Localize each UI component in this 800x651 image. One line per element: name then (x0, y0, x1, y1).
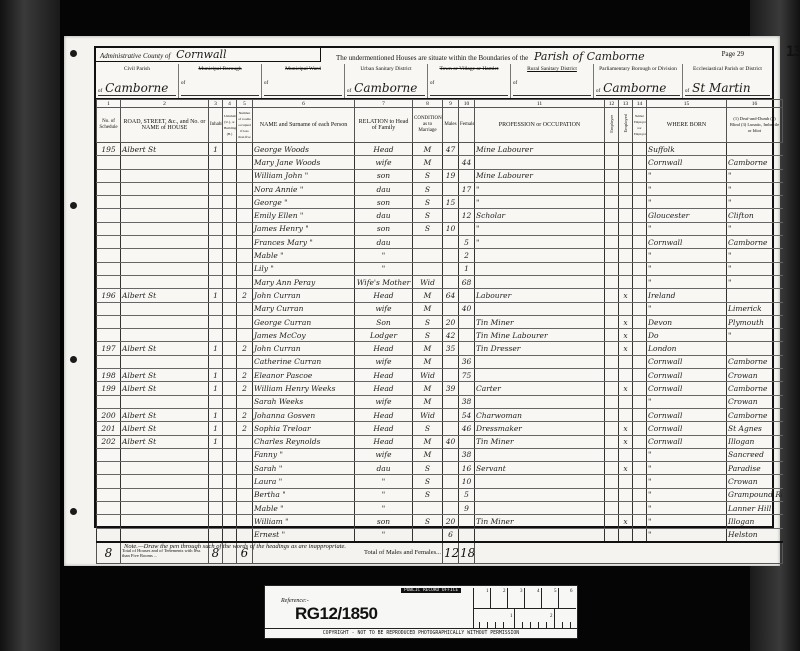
page-number: Page 29 (722, 50, 744, 58)
birth-county: " (647, 169, 727, 182)
occupation: " (475, 236, 605, 249)
occupation (475, 475, 605, 488)
relation: son (355, 222, 413, 235)
male-age (443, 249, 459, 262)
area-label: Ecclesiastical Parish or District (683, 66, 772, 72)
condition: Wid (413, 369, 443, 382)
reference-value: RG12/1850 (295, 604, 377, 624)
area-label: Urban Sanitary District (345, 66, 427, 72)
neither-mark (633, 435, 647, 448)
occupation: Tin Miner (475, 515, 605, 528)
relation: wife (355, 448, 413, 461)
punch-hole (70, 356, 77, 363)
census-row: Bertha ""S5"Grampound Road (97, 488, 783, 501)
area-civil-parish: Civil Parish ofCamborne (96, 64, 179, 98)
inhabited: 1 (209, 289, 223, 302)
admin-county: Administrative County of Cornwall (96, 48, 321, 62)
neither-mark (633, 355, 647, 368)
condition: Wid (413, 275, 443, 288)
male-age (443, 369, 459, 382)
boundary-label: The undermentioned Houses are situate wi… (336, 54, 528, 62)
relation: " (355, 475, 413, 488)
employed-mark: x (619, 462, 633, 475)
female-age (459, 315, 475, 328)
uninhabited (223, 422, 237, 435)
road-name: Albert St (121, 369, 209, 382)
employer-mark (605, 275, 619, 288)
employer-mark (605, 422, 619, 435)
birth-place (727, 342, 783, 355)
reference-card: PUBLIC RECORD OFFICE Reference:- RG12/18… (264, 585, 578, 639)
male-age (443, 182, 459, 195)
employed-mark: x (619, 382, 633, 395)
census-row: 198Albert St12Eleanor PascoeHeadWid75Cor… (97, 369, 783, 382)
rooms: 2 (237, 342, 253, 355)
employed-mark (619, 302, 633, 315)
uninhabited (223, 369, 237, 382)
birth-place: Camborne (727, 408, 783, 421)
neither-mark (633, 222, 647, 235)
ruler-number: 1 (510, 614, 513, 619)
ruler-tick (514, 608, 515, 628)
occupation: Servant (475, 462, 605, 475)
employed-mark (619, 169, 633, 182)
occupation: Scholar (475, 209, 605, 222)
neither-mark (633, 302, 647, 315)
employer-mark (605, 262, 619, 275)
area-parliamentary: Parliamentary Borough or Division ofCamb… (594, 64, 683, 98)
inhabited: 1 (209, 382, 223, 395)
road-name (121, 475, 209, 488)
area-value: of (513, 81, 591, 96)
employed-mark (619, 262, 633, 275)
condition: M (413, 382, 443, 395)
heading-relation: RELATION to Head of Family (355, 108, 413, 143)
condition: S (413, 488, 443, 501)
relation: dau (355, 462, 413, 475)
employer-mark (605, 156, 619, 169)
birth-county: Cornwall (647, 355, 727, 368)
schedule-number (97, 236, 121, 249)
neither-mark (633, 369, 647, 382)
female-age: 36 (459, 355, 475, 368)
census-row: 201Albert St12Sophia TreloarHeadS46Dress… (97, 422, 783, 435)
male-age (443, 475, 459, 488)
uninhabited (223, 435, 237, 448)
ruler-midline (474, 608, 576, 609)
rooms (237, 475, 253, 488)
area-value: ofCamborne (596, 81, 680, 96)
inhabited (209, 395, 223, 408)
relation: dau (355, 236, 413, 249)
census-row: Laura ""S10"Crowan (97, 475, 783, 488)
uninhabited (223, 222, 237, 235)
ruler-number: 1 (486, 589, 489, 594)
census-row: 197Albert St12John CurranHeadM35Tin Dres… (97, 342, 783, 355)
neither-mark (633, 462, 647, 475)
census-row: Nora Annie "dauS17""" (97, 182, 783, 195)
male-age (443, 236, 459, 249)
ruler-number: 5 (554, 589, 557, 594)
area-value: of (181, 81, 259, 96)
female-age (459, 342, 475, 355)
condition: M (413, 289, 443, 302)
neither-mark (633, 156, 647, 169)
male-age: 39 (443, 382, 459, 395)
relation: Head (355, 382, 413, 395)
occupation: Labourer (475, 289, 605, 302)
birth-place: Crowan (727, 395, 783, 408)
male-age: 42 (443, 329, 459, 342)
condition (413, 249, 443, 262)
schedule-number: 198 (97, 369, 121, 382)
census-row: Sarah "dauS16Servantx"Paradise (97, 462, 783, 475)
of-prefix: of (596, 89, 600, 94)
occupation (475, 302, 605, 315)
schedule-number: 196 (97, 289, 121, 302)
female-age: 44 (459, 156, 475, 169)
employer-mark (605, 355, 619, 368)
col-num: 3 (209, 100, 223, 108)
area-value-text: Camborne (105, 81, 168, 95)
census-row: Catherine CurranwifeM36CornwallCamborne (97, 355, 783, 368)
employer-mark (605, 315, 619, 328)
condition: S (413, 169, 443, 182)
form-note: Note.—Draw the pen through such of the w… (124, 543, 346, 550)
occupation (475, 262, 605, 275)
heading-males: Males (443, 108, 459, 143)
schedule-number (97, 315, 121, 328)
uninhabited (223, 196, 237, 209)
road-name: Albert St (121, 422, 209, 435)
neither-mark (633, 422, 647, 435)
employer-mark (605, 196, 619, 209)
birth-county: " (647, 222, 727, 235)
employer-mark (605, 329, 619, 342)
employed-mark (619, 408, 633, 421)
person-name: Johanna Gosven (253, 408, 355, 421)
person-name: Nora Annie " (253, 182, 355, 195)
employer-mark (605, 435, 619, 448)
relation: wife (355, 302, 413, 315)
male-age: 10 (443, 222, 459, 235)
uninhabited (223, 236, 237, 249)
road-name (121, 502, 209, 515)
birth-county: " (647, 395, 727, 408)
rooms (237, 262, 253, 275)
birth-place: " (727, 169, 783, 182)
road-name (121, 249, 209, 262)
inhabited (209, 275, 223, 288)
relation: Head (355, 369, 413, 382)
rooms (237, 275, 253, 288)
female-age (459, 196, 475, 209)
neither-mark (633, 382, 647, 395)
census-row: Emily Ellen "dauS12ScholarGloucesterClif… (97, 209, 783, 222)
neither-mark (633, 315, 647, 328)
occupation: Carter (475, 382, 605, 395)
birth-place: Helston (727, 528, 783, 542)
occupation (475, 369, 605, 382)
of-prefix: of (513, 81, 517, 86)
neither-mark (633, 143, 647, 156)
male-age (443, 262, 459, 275)
area-value: ofSt Martin (685, 81, 770, 96)
employed-mark: x (619, 289, 633, 302)
female-age: 2 (459, 249, 475, 262)
male-age: 64 (443, 289, 459, 302)
schedule-number (97, 302, 121, 315)
employed-mark: x (619, 435, 633, 448)
rooms: 2 (237, 422, 253, 435)
female-age: 38 (459, 395, 475, 408)
employed-mark (619, 236, 633, 249)
condition: S (413, 209, 443, 222)
census-row: 200Albert St12Johanna GosvenHeadWid54Cha… (97, 408, 783, 421)
uninhabited (223, 182, 237, 195)
person-name: James Henry " (253, 222, 355, 235)
schedule-number: 195 (97, 143, 121, 156)
road-name (121, 448, 209, 461)
male-age: 40 (443, 435, 459, 448)
inhabited (209, 196, 223, 209)
male-age (443, 502, 459, 515)
person-name: Bertha " (253, 488, 355, 501)
employed-mark (619, 143, 633, 156)
admin-county-label: Administrative County of (100, 52, 170, 60)
neither-mark (633, 528, 647, 542)
occupation: Tin Mine Labourer (475, 329, 605, 342)
uninhabited (223, 169, 237, 182)
rooms (237, 502, 253, 515)
col-num: 1 (97, 100, 121, 108)
road-name (121, 395, 209, 408)
schedule-number: 197 (97, 342, 121, 355)
col-num: 15 (647, 100, 727, 108)
male-age (443, 302, 459, 315)
census-row: 196Albert St12John CurranHeadM64Labourer… (97, 289, 783, 302)
birth-county: " (647, 462, 727, 475)
male-age (443, 209, 459, 222)
schedule-number (97, 156, 121, 169)
occupation: " (475, 196, 605, 209)
heading-employed-text: Employed (623, 114, 629, 133)
male-age (443, 422, 459, 435)
occupation (475, 528, 605, 542)
birth-place: Grampound Road (727, 488, 783, 501)
uninhabited (223, 408, 237, 421)
road-name (121, 302, 209, 315)
birth-county: " (647, 515, 727, 528)
person-name: John Curran (253, 289, 355, 302)
road-name (121, 355, 209, 368)
birth-place: Camborne (727, 236, 783, 249)
rooms (237, 355, 253, 368)
col-num: 12 (605, 100, 619, 108)
area-value: of (264, 81, 342, 96)
census-row: Mable ""9"Lanner Hill (97, 502, 783, 515)
schedule-number (97, 488, 121, 501)
condition: Wid (413, 408, 443, 421)
schedule-number: 199 (97, 382, 121, 395)
relation: wife (355, 395, 413, 408)
birth-county: " (647, 448, 727, 461)
person-name: Lily " (253, 262, 355, 275)
occupation (475, 249, 605, 262)
birth-place (727, 289, 783, 302)
occupation (475, 156, 605, 169)
col-num: 7 (355, 100, 413, 108)
inhabited (209, 209, 223, 222)
person-name: George Curran (253, 315, 355, 328)
schedule-number (97, 196, 121, 209)
male-age: 47 (443, 143, 459, 156)
rooms: 2 (237, 408, 253, 421)
person-name: Fanny " (253, 448, 355, 461)
person-name: Sophia Treloar (253, 422, 355, 435)
male-age: 19 (443, 169, 459, 182)
schedule-number (97, 475, 121, 488)
boundary-statement: The undermentioned Houses are situate wi… (336, 50, 645, 63)
neither-mark (633, 289, 647, 302)
uninhabited (223, 289, 237, 302)
inhabited (209, 355, 223, 368)
person-name: Charles Reynolds (253, 435, 355, 448)
area-municipal-borough: Municipal Borough of (179, 64, 262, 98)
census-row: Mary Ann PerayWife's MotherWid68"" (97, 275, 783, 288)
relation: wife (355, 355, 413, 368)
relation: Head (355, 143, 413, 156)
male-age: 35 (443, 342, 459, 355)
census-row: Mary CurranwifeM40"Limerick (97, 302, 783, 315)
neither-mark (633, 209, 647, 222)
of-prefix: of (430, 81, 434, 86)
person-name: William Henry Weeks (253, 382, 355, 395)
male-age: 20 (443, 515, 459, 528)
uninhabited (223, 329, 237, 342)
birth-place: " (727, 275, 783, 288)
condition: S (413, 475, 443, 488)
condition: S (413, 462, 443, 475)
condition: M (413, 448, 443, 461)
occupation: Tin Miner (475, 435, 605, 448)
ruler-tick (554, 608, 555, 628)
schedule-number (97, 275, 121, 288)
female-age (459, 435, 475, 448)
birth-county: Cornwall (647, 156, 727, 169)
employed-mark (619, 475, 633, 488)
neither-mark (633, 249, 647, 262)
occupation: Tin Miner (475, 315, 605, 328)
female-age: 10 (459, 475, 475, 488)
person-name: George Woods (253, 143, 355, 156)
person-name: William John " (253, 169, 355, 182)
rooms (237, 222, 253, 235)
rooms (237, 462, 253, 475)
inhabited (209, 462, 223, 475)
uninhabited (223, 475, 237, 488)
employed-mark: x (619, 422, 633, 435)
birth-place: Camborne (727, 355, 783, 368)
neither-mark (633, 515, 647, 528)
birth-county: Cornwall (647, 236, 727, 249)
female-age (459, 528, 475, 542)
inhabited: 1 (209, 422, 223, 435)
person-name: Eleanor Pascoe (253, 369, 355, 382)
employed-mark (619, 182, 633, 195)
of-prefix: of (685, 89, 689, 94)
of-prefix: of (264, 81, 268, 86)
road-name (121, 528, 209, 542)
female-age (459, 289, 475, 302)
road-name (121, 169, 209, 182)
birth-county: " (647, 475, 727, 488)
neither-mark (633, 395, 647, 408)
inhabited: 1 (209, 342, 223, 355)
rooms (237, 528, 253, 542)
female-age: 68 (459, 275, 475, 288)
birth-place: Plymouth (727, 315, 783, 328)
uninhabited (223, 515, 237, 528)
female-age: 38 (459, 448, 475, 461)
condition: S (413, 222, 443, 235)
employer-mark (605, 382, 619, 395)
birth-county: Suffolk (647, 143, 727, 156)
area-ecclesiastical: Ecclesiastical Parish or District ofSt M… (683, 64, 772, 98)
person-name: Laura " (253, 475, 355, 488)
male-age (443, 448, 459, 461)
uninhabited (223, 502, 237, 515)
birth-place: " (727, 182, 783, 195)
census-row: 202Albert St1Charles ReynoldsHeadM40Tin … (97, 435, 783, 448)
schedule-number (97, 182, 121, 195)
inhabited (209, 156, 223, 169)
male-age (443, 355, 459, 368)
neither-mark (633, 275, 647, 288)
schedule-number (97, 528, 121, 542)
female-age (459, 515, 475, 528)
uninhabited (223, 315, 237, 328)
census-row: Ernest ""6"Helston (97, 528, 783, 542)
inhabited (209, 302, 223, 315)
road-name (121, 315, 209, 328)
condition (413, 262, 443, 275)
heading-name: NAME and Surname of each Person (253, 108, 355, 143)
neither-mark (633, 488, 647, 501)
inhabited (209, 448, 223, 461)
uninhabited (223, 156, 237, 169)
record-office-stamp: PUBLIC RECORD OFFICE (401, 588, 461, 593)
birth-place: Illogan (727, 435, 783, 448)
employer-mark (605, 249, 619, 262)
ruler-tick (558, 588, 559, 608)
employer-mark (605, 515, 619, 528)
uninhabited (223, 209, 237, 222)
birth-place: Camborne (727, 382, 783, 395)
female-age: 5 (459, 236, 475, 249)
col-num: 6 (253, 100, 355, 108)
birth-place: Limerick (727, 302, 783, 315)
heading-road: ROAD, STREET, &c., and No. or NAME of HO… (121, 108, 209, 143)
ruler-tick (507, 588, 508, 608)
header-row: Administrative County of Cornwall The un… (96, 48, 772, 62)
heading-females: Females (459, 108, 475, 143)
schedule-number (97, 448, 121, 461)
employed-mark (619, 209, 633, 222)
relation: Head (355, 435, 413, 448)
employed-mark (619, 395, 633, 408)
column-heading-row: No. of Schedule ROAD, STREET, &c., and N… (97, 108, 783, 143)
